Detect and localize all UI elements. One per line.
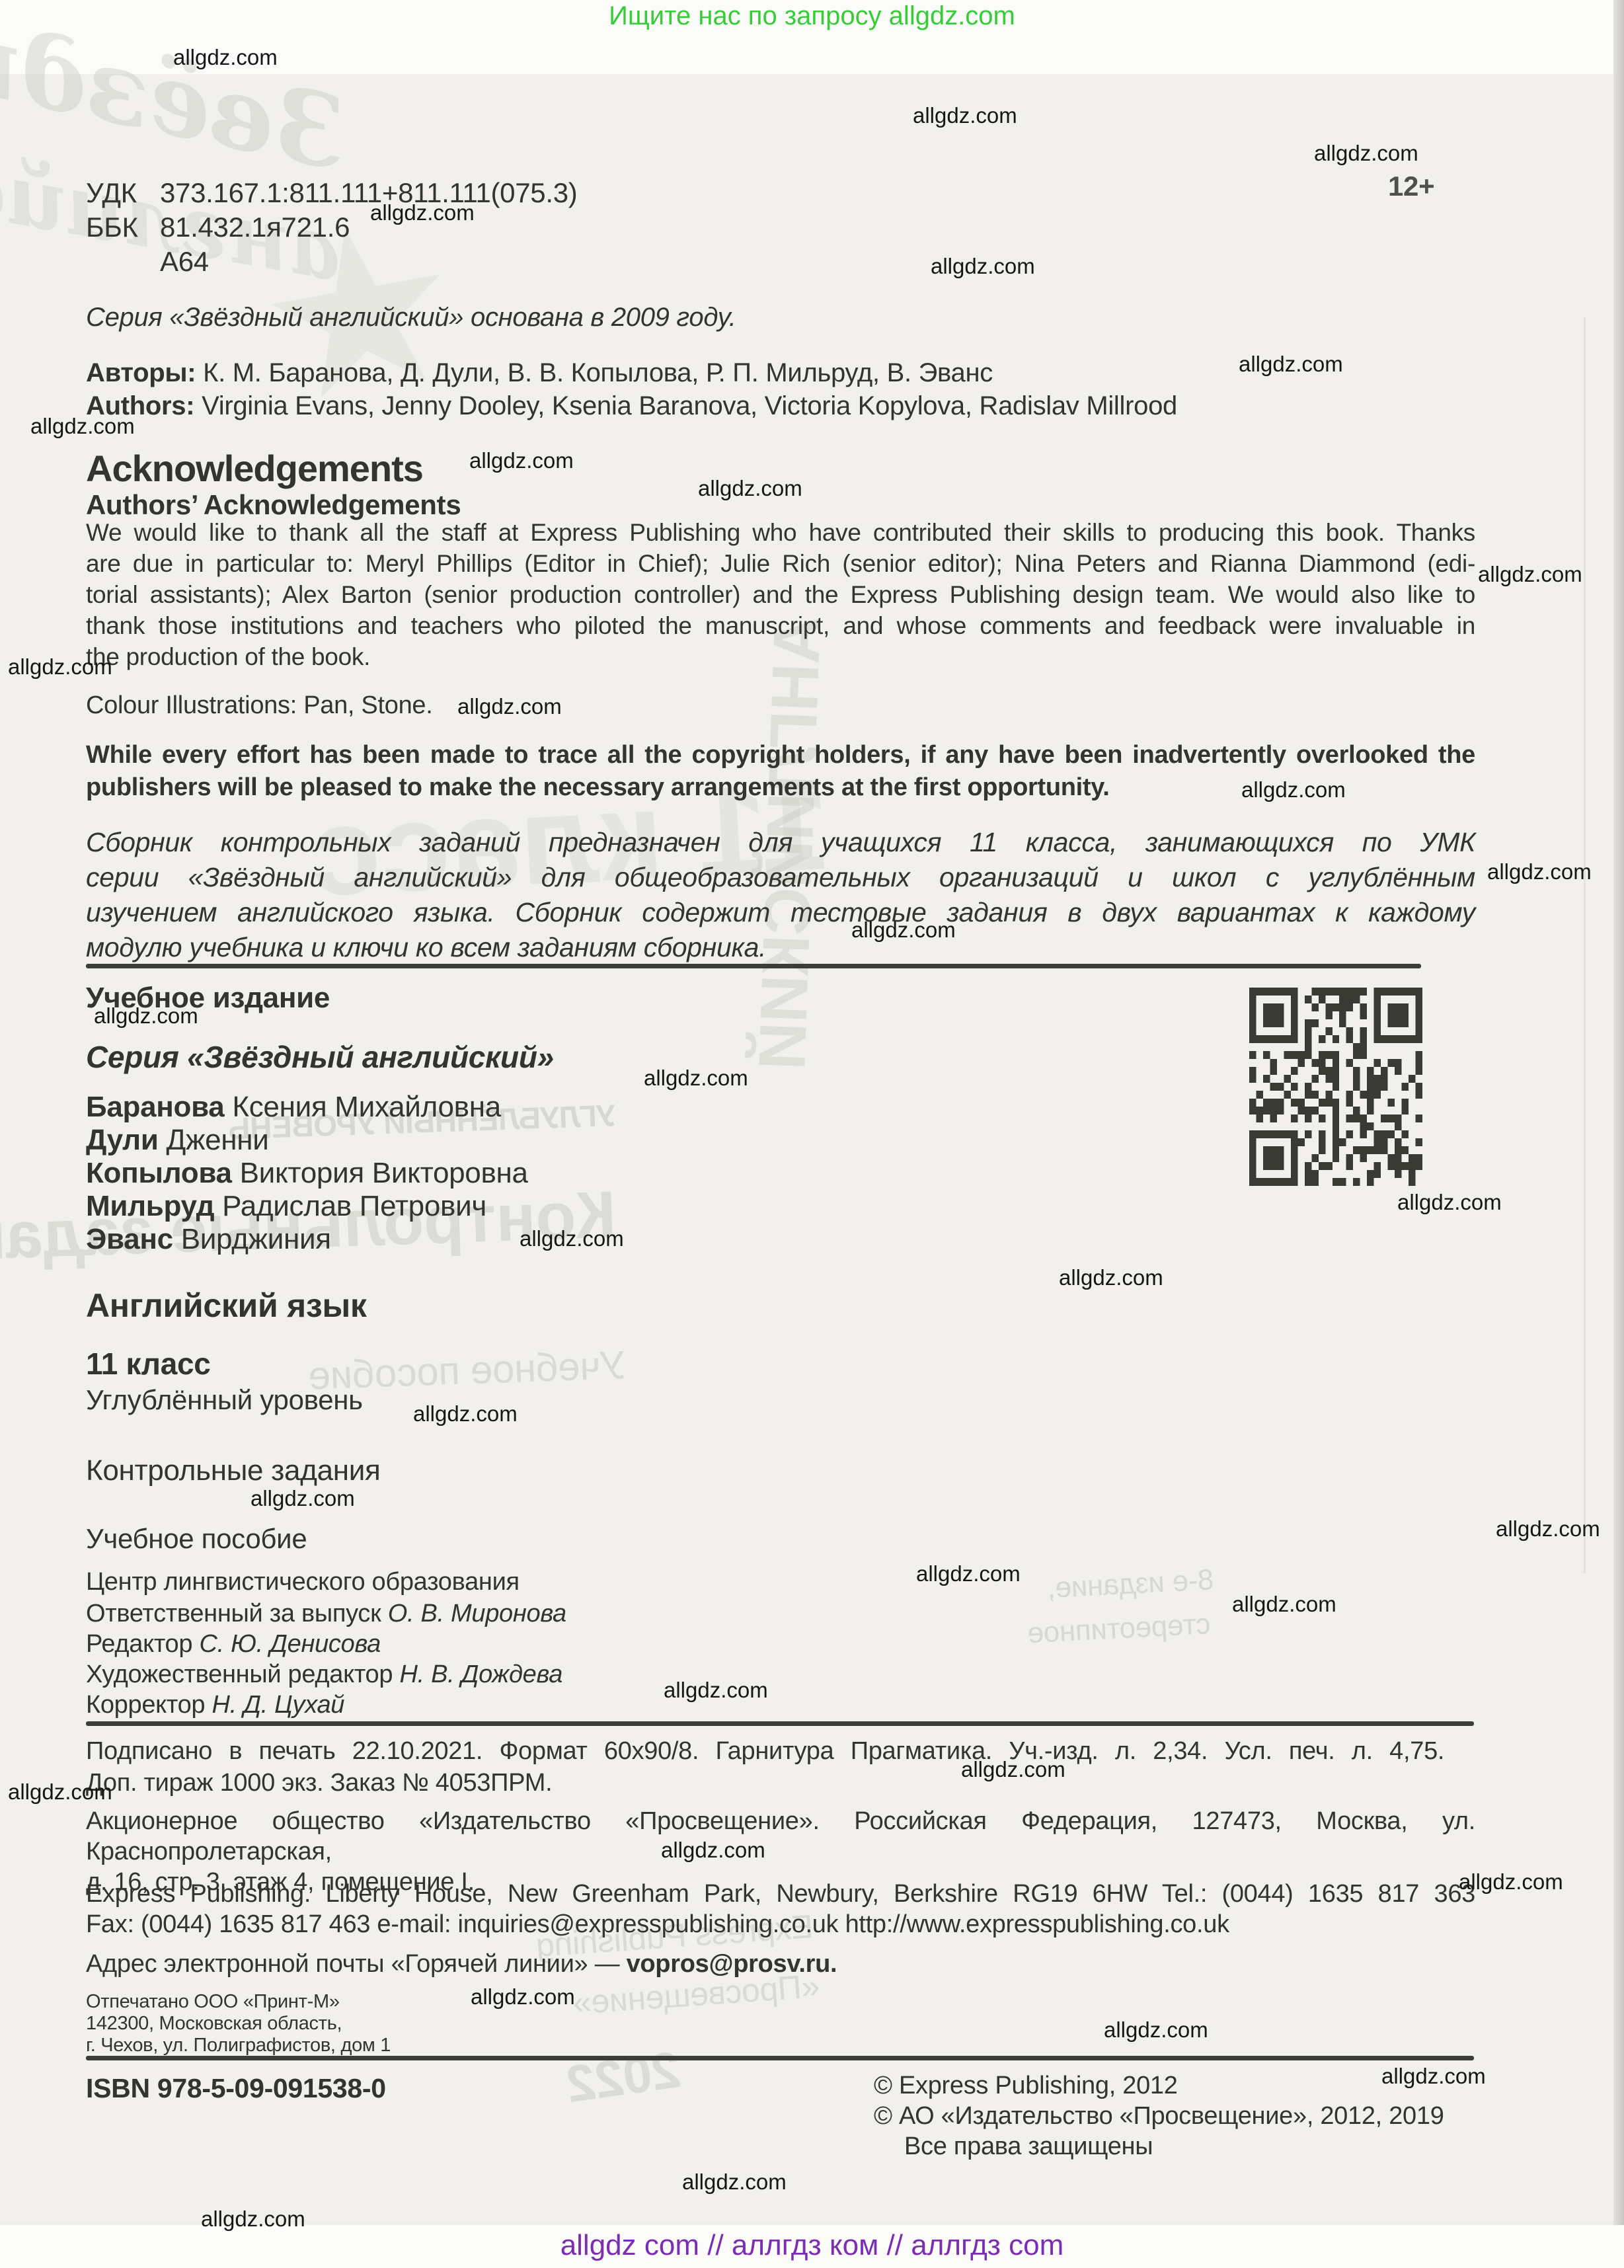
watermark: allgdz.com (370, 200, 475, 225)
watermark: allgdz.com (8, 654, 112, 680)
watermark: allgdz.com (8, 1779, 112, 1805)
watermark: allgdz.com (1232, 1592, 1336, 1617)
watermark: allgdz.com (916, 1561, 1021, 1586)
watermark: allgdz.com (413, 1401, 518, 1427)
watermark: allgdz.com (931, 254, 1035, 279)
watermark: allgdz.com (471, 1984, 575, 2010)
watermark: allgdz.com (664, 1678, 768, 1703)
watermark: allgdz.com (698, 476, 802, 501)
watermark: allgdz.com (1059, 1265, 1163, 1290)
watermark: allgdz.com (1314, 141, 1418, 166)
watermark: allgdz.com (1487, 859, 1592, 884)
watermark: allgdz.com (1241, 777, 1346, 802)
watermark: allgdz.com (520, 1226, 624, 1251)
watermark: allgdz.com (961, 1757, 1065, 1782)
watermark: allgdz.com (1104, 2017, 1208, 2043)
watermark: allgdz.com (644, 1066, 748, 1091)
scan-crease (1584, 317, 1586, 1573)
watermark: allgdz.com (457, 694, 562, 719)
watermark: allgdz.com (173, 45, 278, 70)
watermark: allgdz.com (682, 2170, 787, 2195)
watermark: allgdz.com (94, 1003, 198, 1029)
watermark: allgdz.com (469, 448, 574, 473)
scanned-page: Звёздныйанглийский★АНГЛИЙСКИЙ11 классУГЛ… (0, 0, 1624, 2268)
watermark: allgdz.com (201, 2207, 305, 2232)
watermark: allgdz.com (913, 103, 1017, 128)
watermark: allgdz.com (851, 918, 956, 943)
watermark: allgdz.com (30, 414, 135, 439)
scan-edge-shadow (1613, 0, 1624, 2225)
watermark: allgdz.com (251, 1486, 355, 1511)
site-footer: allgdz com // аллгдз ком // аллгдз com (0, 2229, 1624, 2262)
watermark-layer: allgdz.comallgdz.comallgdz.comallgdz.com… (0, 0, 1624, 2268)
watermark: allgdz.com (1381, 2064, 1486, 2089)
watermark: allgdz.com (661, 1838, 765, 1863)
watermark: allgdz.com (1397, 1190, 1502, 1215)
watermark: allgdz.com (1239, 352, 1343, 377)
watermark: allgdz.com (1478, 562, 1582, 587)
watermark: allgdz.com (1459, 1869, 1563, 1895)
